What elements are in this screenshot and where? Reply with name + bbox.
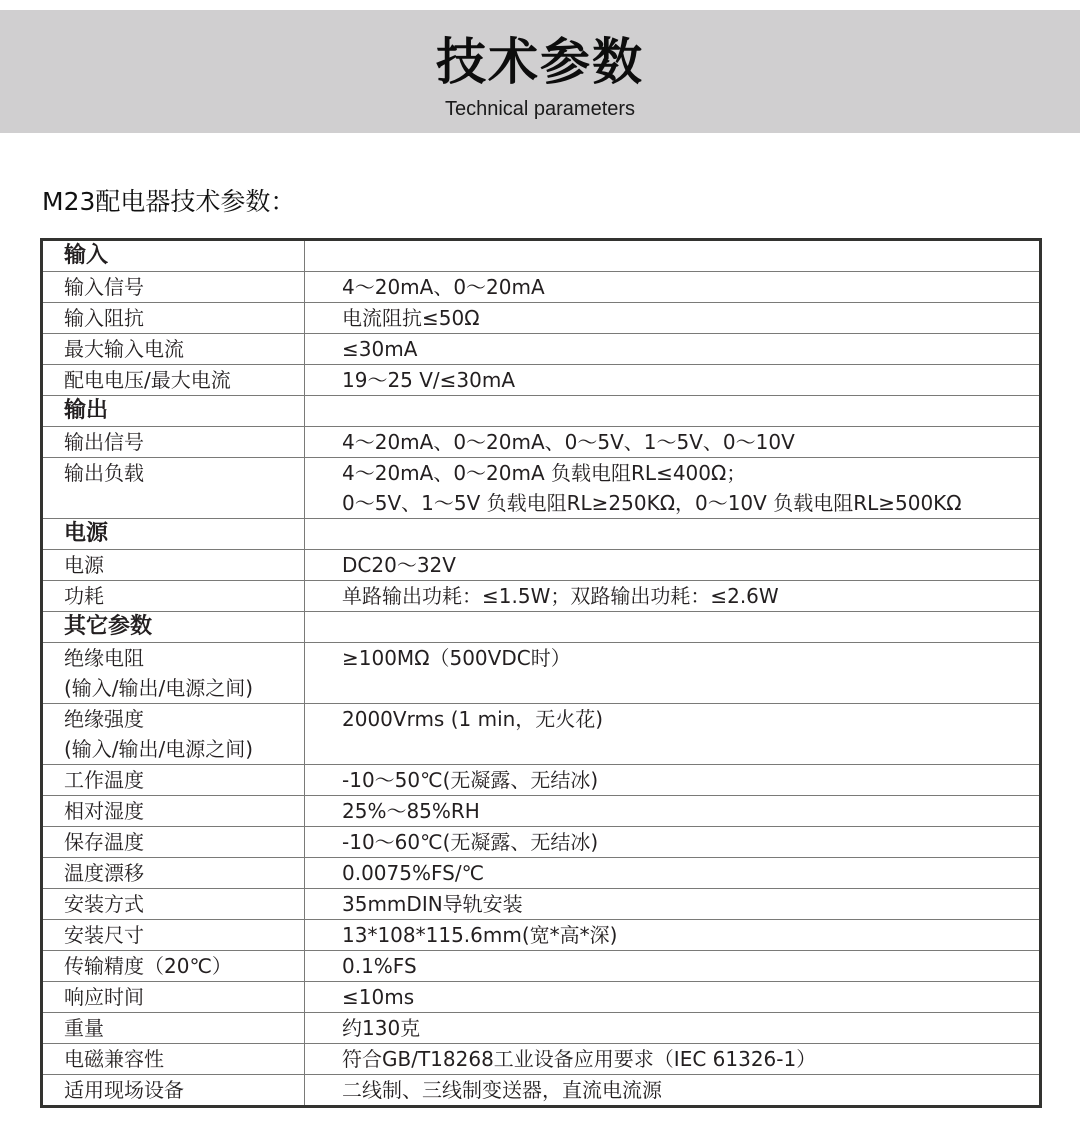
section-title: M23配电器技术参数： — [42, 184, 295, 220]
table-row: 相对湿度25%～85%RH — [42, 796, 1041, 827]
table-row: 重量约130克 — [42, 1013, 1041, 1044]
parameter-name: 配电电压/最大电流 — [64, 365, 304, 395]
table-group-row: 其它参数 — [42, 612, 1041, 643]
parameter-value-cell: ≤30mA — [305, 334, 1041, 365]
parameter-value: 符合GB/T18268工业设备应用要求（IEC 61326-1） — [342, 1044, 1039, 1074]
parameter-value: 0.0075%FS/℃ — [342, 858, 1039, 888]
parameter-value-cell: 4～20mA、0～20mA — [305, 272, 1041, 303]
parameter-value-cell: 二线制、三线制变送器，直流电流源 — [305, 1075, 1041, 1107]
parameter-value-cell: ≤10ms — [305, 982, 1041, 1013]
table-row: 输出负载4～20mA、0～20mA 负载电阻RL≤400Ω；0～5V、1～5V … — [42, 458, 1041, 519]
parameter-value-cell: 19～25 V/≤30mA — [305, 365, 1041, 396]
table-row: 响应时间≤10ms — [42, 982, 1041, 1013]
parameter-name: 电源 — [64, 550, 304, 580]
parameter-value: 25%～85%RH — [342, 796, 1039, 826]
parameter-value: 35mmDIN导轨安装 — [342, 889, 1039, 919]
parameter-name-cell: 安装尺寸 — [42, 920, 305, 951]
parameter-name: 温度漂移 — [64, 858, 304, 888]
parameter-value-cell — [305, 612, 1041, 643]
parameter-value: 2000Vrms (1 min，无火花) — [342, 704, 1039, 734]
parameter-value-cell: 约130克 — [305, 1013, 1041, 1044]
parameter-name: 重量 — [64, 1013, 304, 1043]
parameter-name: 其它参数 — [64, 612, 304, 642]
parameter-value: 0.1%FS — [342, 951, 1039, 981]
parameter-name-cell: 最大输入电流 — [42, 334, 305, 365]
parameter-value-cell: 4～20mA、0～20mA 负载电阻RL≤400Ω；0～5V、1～5V 负载电阻… — [305, 458, 1041, 519]
parameter-name-cell: 输出信号 — [42, 427, 305, 458]
parameter-name: 响应时间 — [64, 982, 304, 1012]
parameter-value: 0～5V、1～5V 负载电阻RL≥250KΩ，0～10V 负载电阻RL≥500K… — [342, 488, 1039, 518]
parameter-name: 安装方式 — [64, 889, 304, 919]
parameter-name: 绝缘强度 — [64, 704, 304, 734]
table-group-row: 输入 — [42, 240, 1041, 272]
table-row: 温度漂移0.0075%FS/℃ — [42, 858, 1041, 889]
parameter-name: 最大输入电流 — [64, 334, 304, 364]
table-row: 绝缘电阻(输入/输出/电源之间)≥100MΩ（500VDC时） — [42, 643, 1041, 704]
parameter-value: 单路输出功耗：≤1.5W；双路输出功耗：≤2.6W — [342, 581, 1039, 611]
parameter-name: 工作温度 — [64, 765, 304, 795]
table-row: 适用现场设备二线制、三线制变送器，直流电流源 — [42, 1075, 1041, 1107]
parameter-name-cell: 适用现场设备 — [42, 1075, 305, 1107]
parameter-name-cell: 绝缘电阻(输入/输出/电源之间) — [42, 643, 305, 704]
table-row: 电磁兼容性符合GB/T18268工业设备应用要求（IEC 61326-1） — [42, 1044, 1041, 1075]
group-header-cell: 输出 — [42, 396, 305, 427]
group-header-cell: 电源 — [42, 519, 305, 550]
table-group-row: 输出 — [42, 396, 1041, 427]
parameter-value-cell: 0.0075%FS/℃ — [305, 858, 1041, 889]
parameter-name: 功耗 — [64, 581, 304, 611]
parameter-value-cell: 25%～85%RH — [305, 796, 1041, 827]
parameter-name-cell: 功耗 — [42, 581, 305, 612]
table-row: 安装尺寸13*108*115.6mm(宽*高*深) — [42, 920, 1041, 951]
page-title: 技术参数 — [0, 32, 1080, 92]
parameter-value-cell: DC20～32V — [305, 550, 1041, 581]
group-header-cell: 输入 — [42, 240, 305, 272]
parameter-value-cell: 单路输出功耗：≤1.5W；双路输出功耗：≤2.6W — [305, 581, 1041, 612]
parameter-name: 输入阻抗 — [64, 303, 304, 333]
parameter-name: 安装尺寸 — [64, 920, 304, 950]
table-row: 输入阻抗电流阻抗≤50Ω — [42, 303, 1041, 334]
parameter-name-cell: 温度漂移 — [42, 858, 305, 889]
parameter-name: 输出 — [64, 396, 304, 426]
parameter-name-cell: 传输精度（20℃） — [42, 951, 305, 982]
parameter-name-cell: 绝缘强度(输入/输出/电源之间) — [42, 704, 305, 765]
table-row: 保存温度-10～60℃(无凝露、无结冰) — [42, 827, 1041, 858]
table-row: 输出信号4～20mA、0～20mA、0～5V、1～5V、0～10V — [42, 427, 1041, 458]
parameter-value-cell: 2000Vrms (1 min，无火花) — [305, 704, 1041, 765]
parameter-value-cell: 符合GB/T18268工业设备应用要求（IEC 61326-1） — [305, 1044, 1041, 1075]
table-row: 配电电压/最大电流19～25 V/≤30mA — [42, 365, 1041, 396]
parameter-name: 电源 — [64, 519, 304, 549]
parameter-value: ≥100MΩ（500VDC时） — [342, 643, 1039, 673]
table-row: 绝缘强度(输入/输出/电源之间)2000Vrms (1 min，无火花) — [42, 704, 1041, 765]
table-group-row: 电源 — [42, 519, 1041, 550]
group-header-cell: 其它参数 — [42, 612, 305, 643]
parameter-value: 4～20mA、0～20mA — [342, 272, 1039, 302]
parameter-name: 输出信号 — [64, 427, 304, 457]
parameter-value: 4～20mA、0～20mA、0～5V、1～5V、0～10V — [342, 427, 1039, 457]
table-row: 电源DC20～32V — [42, 550, 1041, 581]
parameter-name-cell: 配电电压/最大电流 — [42, 365, 305, 396]
parameter-name-cell: 保存温度 — [42, 827, 305, 858]
parameter-value: ≤10ms — [342, 982, 1039, 1012]
parameter-value-cell: -10～60℃(无凝露、无结冰) — [305, 827, 1041, 858]
parameter-name-cell: 电源 — [42, 550, 305, 581]
parameter-name: 保存温度 — [64, 827, 304, 857]
parameter-value: 约130克 — [342, 1013, 1039, 1043]
parameter-value-cell: 13*108*115.6mm(宽*高*深) — [305, 920, 1041, 951]
parameter-value-cell: 电流阻抗≤50Ω — [305, 303, 1041, 334]
parameter-value-cell: -10～50℃(无凝露、无结冰) — [305, 765, 1041, 796]
spec-table: 输入输入信号4～20mA、0～20mA输入阻抗电流阻抗≤50Ω最大输入电流≤30… — [40, 238, 1042, 1108]
parameter-value: 二线制、三线制变送器，直流电流源 — [342, 1075, 1039, 1105]
parameter-value-cell: 4～20mA、0～20mA、0～5V、1～5V、0～10V — [305, 427, 1041, 458]
parameter-value-cell — [305, 396, 1041, 427]
header-banner: 技术参数 Technical parameters — [0, 10, 1080, 133]
table-row: 安装方式35mmDIN导轨安装 — [42, 889, 1041, 920]
parameter-name: 传输精度（20℃） — [64, 951, 304, 981]
parameter-name-cell: 响应时间 — [42, 982, 305, 1013]
parameter-value: -10～50℃(无凝露、无结冰) — [342, 765, 1039, 795]
parameter-name: 输入信号 — [64, 272, 304, 302]
parameter-value-cell: ≥100MΩ（500VDC时） — [305, 643, 1041, 704]
parameter-name: 相对湿度 — [64, 796, 304, 826]
parameter-value-cell — [305, 519, 1041, 550]
parameter-name: 电磁兼容性 — [64, 1044, 304, 1074]
parameter-value: 19～25 V/≤30mA — [342, 365, 1039, 395]
parameter-name-cell: 输入阻抗 — [42, 303, 305, 334]
table-row: 最大输入电流≤30mA — [42, 334, 1041, 365]
parameter-name-cell: 安装方式 — [42, 889, 305, 920]
parameter-name-cell: 电磁兼容性 — [42, 1044, 305, 1075]
parameter-name-cell: 输入信号 — [42, 272, 305, 303]
table-row: 功耗单路输出功耗：≤1.5W；双路输出功耗：≤2.6W — [42, 581, 1041, 612]
parameter-name: (输入/输出/电源之间) — [64, 673, 304, 703]
parameter-name: 输入 — [64, 241, 304, 271]
parameter-name: 绝缘电阻 — [64, 643, 304, 673]
parameter-value: 电流阻抗≤50Ω — [342, 303, 1039, 333]
page-subtitle: Technical parameters — [0, 96, 1080, 122]
parameter-name: 适用现场设备 — [64, 1075, 304, 1105]
parameter-name-cell: 输出负载 — [42, 458, 305, 519]
parameter-value-cell: 0.1%FS — [305, 951, 1041, 982]
table-row: 输入信号4～20mA、0～20mA — [42, 272, 1041, 303]
parameter-name-cell: 重量 — [42, 1013, 305, 1044]
parameter-value: 4～20mA、0～20mA 负载电阻RL≤400Ω； — [342, 458, 1039, 488]
table-row: 传输精度（20℃）0.1%FS — [42, 951, 1041, 982]
parameter-value: ≤30mA — [342, 334, 1039, 364]
parameter-value: 13*108*115.6mm(宽*高*深) — [342, 920, 1039, 950]
parameter-name-cell: 相对湿度 — [42, 796, 305, 827]
parameter-name: 输出负载 — [64, 458, 304, 488]
parameter-name: (输入/输出/电源之间) — [64, 734, 304, 764]
parameter-value: -10～60℃(无凝露、无结冰) — [342, 827, 1039, 857]
table-row: 工作温度-10～50℃(无凝露、无结冰) — [42, 765, 1041, 796]
parameter-value-cell: 35mmDIN导轨安装 — [305, 889, 1041, 920]
parameter-name-cell: 工作温度 — [42, 765, 305, 796]
spec-table-body: 输入输入信号4～20mA、0～20mA输入阻抗电流阻抗≤50Ω最大输入电流≤30… — [42, 240, 1041, 1107]
parameter-value: DC20～32V — [342, 550, 1039, 580]
parameter-value-cell — [305, 240, 1041, 272]
